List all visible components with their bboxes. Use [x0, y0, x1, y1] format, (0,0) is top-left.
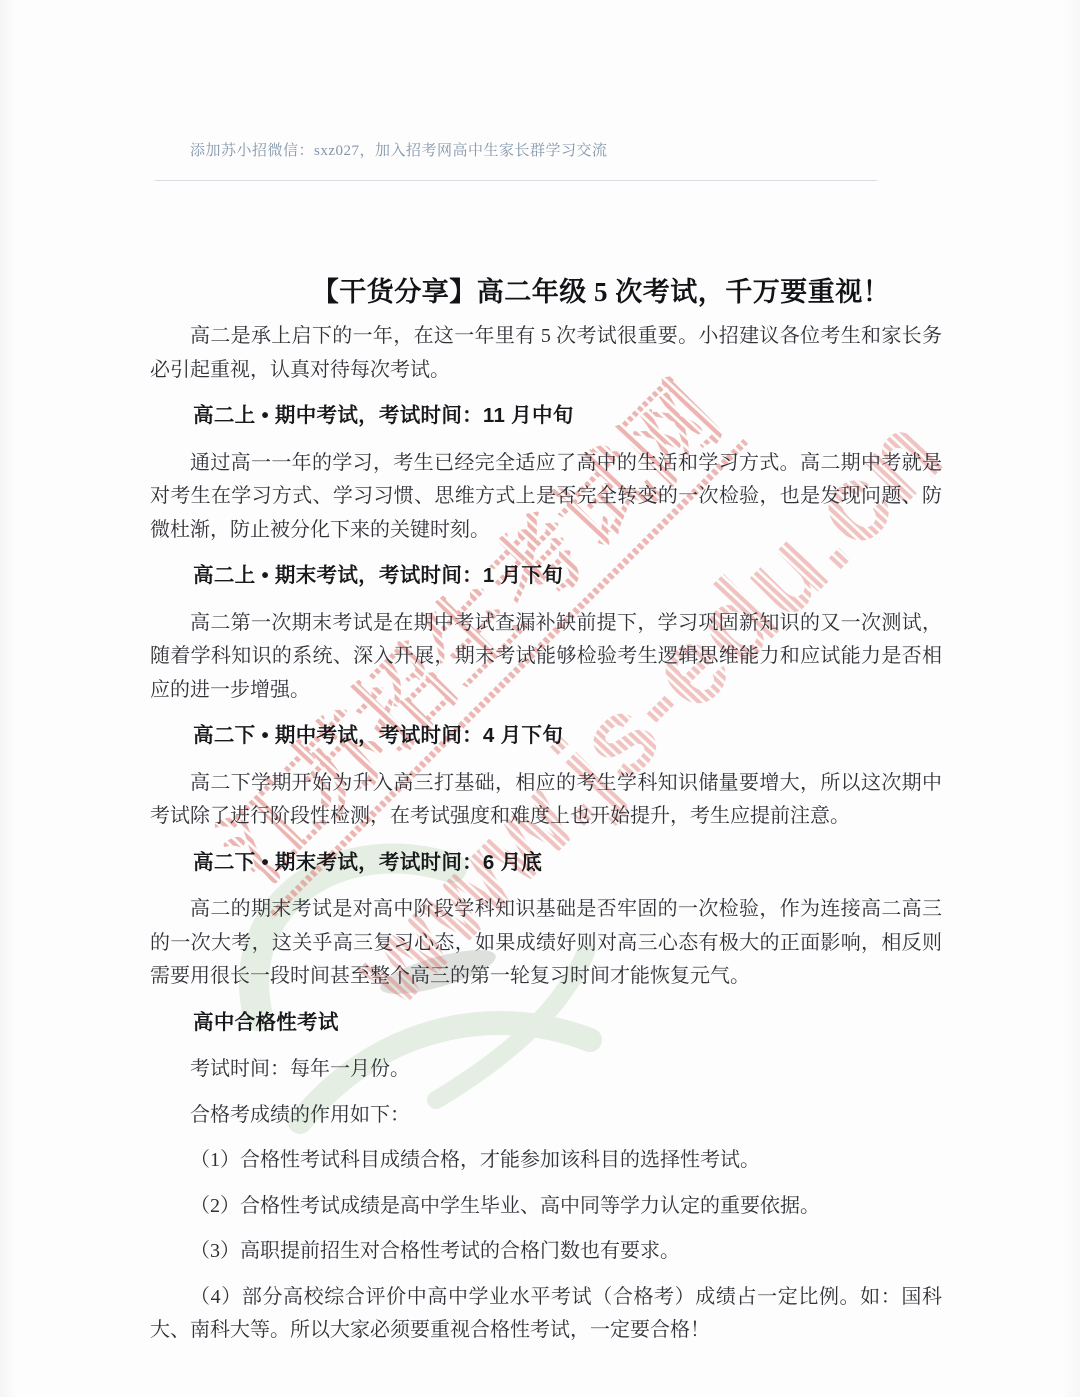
paragraph: 合格考成绩的作用如下： [150, 1099, 942, 1133]
paragraph: （4）部分高校综合评价中高中学业水平考试（合格考）成绩占一定比例。如：国科大、南… [150, 1281, 942, 1348]
paragraph: 考试时间：每年一月份。 [150, 1053, 942, 1087]
section-heading: 高二下 • 期中考试，考试时间：4 月下旬 [150, 719, 942, 753]
section-heading: 高中合格性考试 [150, 1006, 942, 1040]
paragraph: 高二下学期开始为升入高三打基础，相应的考生学科知识储量要增大，所以这次期中考试除… [150, 767, 942, 834]
paragraph: 高二的期末考试是对高中阶段学科知识基础是否牢固的一次检验，作为连接高二高三的一次… [150, 893, 942, 994]
section-heading: 高二上 • 期末考试，考试时间：1 月下旬 [150, 559, 942, 593]
article-body: 高二是承上启下的一年，在这一年里有 5 次考试很重要。小招建议各位考生和家长务必… [150, 320, 942, 1360]
paragraph: 高二是承上启下的一年，在这一年里有 5 次考试很重要。小招建议各位考生和家长务必… [150, 320, 942, 387]
section-heading: 高二下 • 期末考试，考试时间：6 月底 [150, 846, 942, 880]
paragraph: 高二第一次期末考试是在期中考试查漏补缺前提下，学习巩固新知识的又一次测试，随着学… [150, 607, 942, 708]
paragraph: 通过高一一年的学习，考生已经完全适应了高中的生活和学习方式。高二期中考就是对考生… [150, 447, 942, 548]
paragraph: （1）合格性考试科目成绩合格，才能参加该科目的选择性考试。 [150, 1144, 942, 1178]
paragraph: （2）合格性考试成绩是高中学生毕业、高中同等学力认定的重要依据。 [150, 1190, 942, 1224]
paragraph: （3）高职提前招生对合格性考试的合格门数也有要求。 [150, 1235, 942, 1269]
article-title: 【干货分享】高二年级 5 次考试，千万要重视！ [150, 270, 997, 309]
section-heading: 高二上 • 期中考试，考试时间：11 月中旬 [150, 399, 942, 433]
document-page: 江苏招生考试网 www.js-edu.cn 添加苏小招微信：sxz027，加入招… [0, 0, 1080, 1397]
header-note: 添加苏小招微信：sxz027，加入招考网高中生家长群学习交流 [190, 139, 608, 160]
header-divider [155, 180, 877, 181]
